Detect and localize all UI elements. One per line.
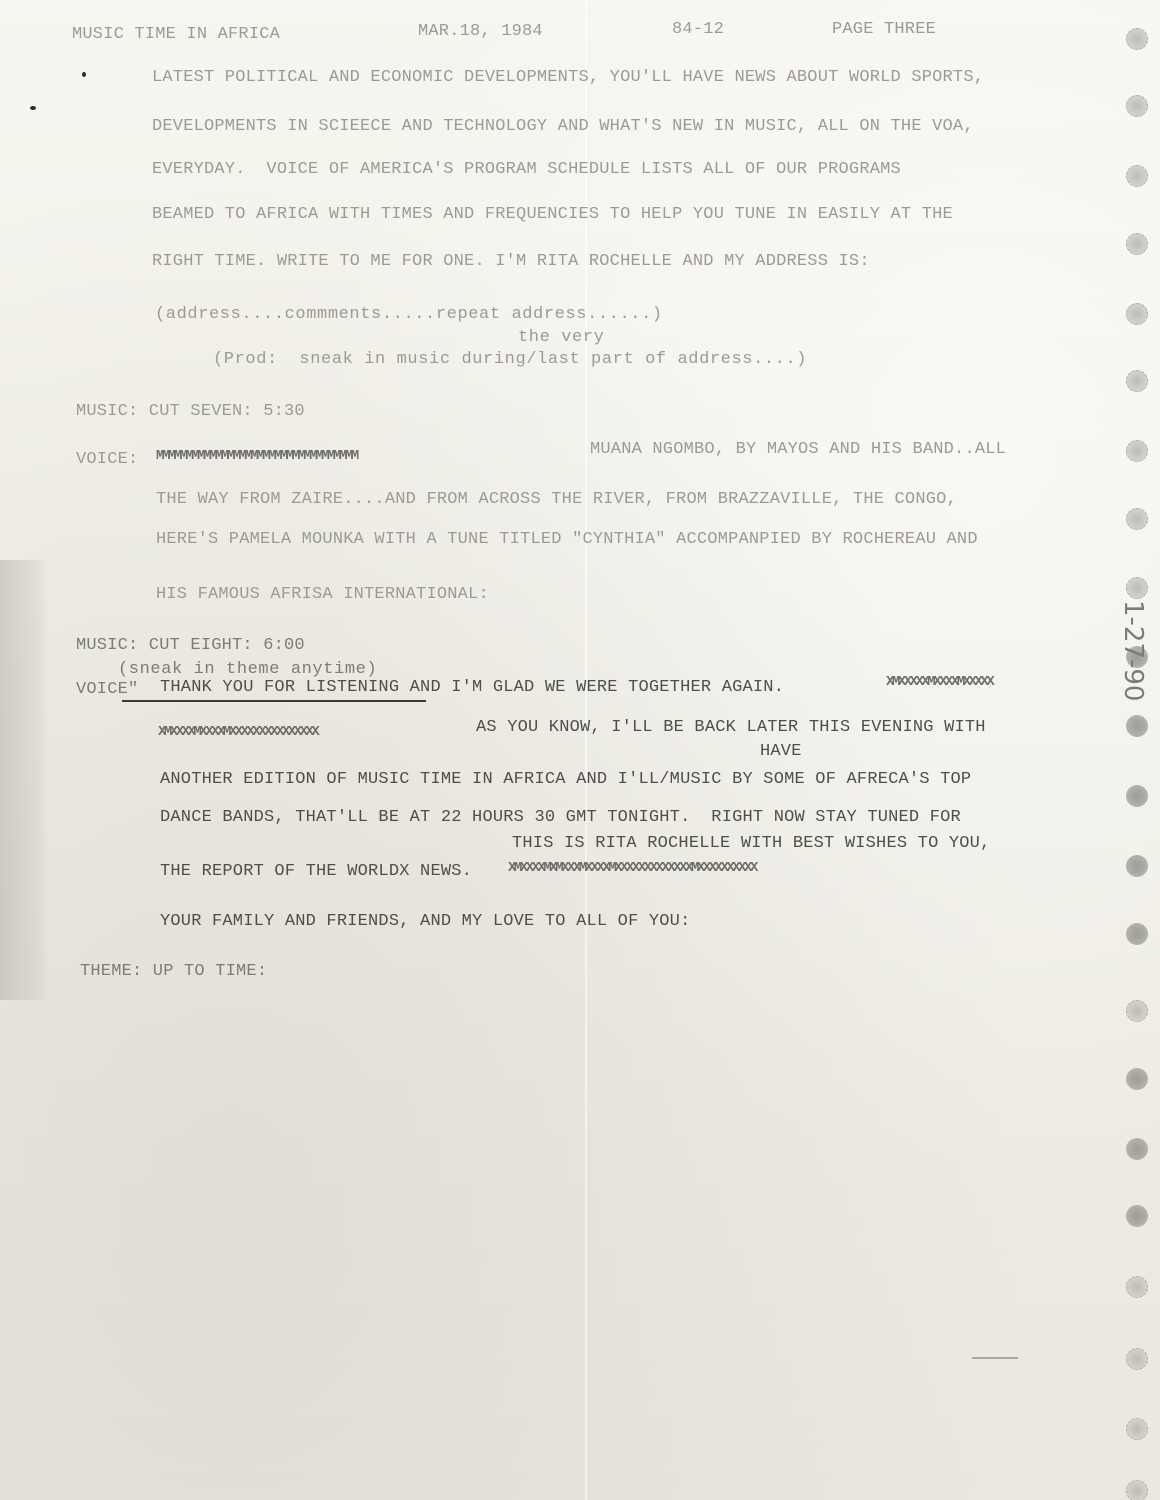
script-line: EVERYDAY. VOICE OF AMERICA'S PROGRAM SCH… — [152, 160, 901, 179]
theme-cue: THEME: UP TO TIME: — [80, 962, 267, 981]
script-line: DEVELOPMENTS IN SCIEECE AND TECHNOLOGY A… — [152, 117, 974, 136]
script-line: HIS FAMOUS AFRISA INTERNATIONAL: — [156, 585, 489, 604]
script-line: HERE'S PAMELA MOUNKA WITH A TUNE TITLED … — [156, 530, 978, 549]
scan-shadow — [0, 560, 48, 1000]
tractor-feed-hole — [1126, 715, 1148, 737]
tractor-feed-hole — [1126, 1138, 1148, 1160]
paper-fold — [585, 0, 587, 1500]
script-date: MAR.18, 1984 — [418, 22, 543, 41]
insertion-rita: THIS IS RITA ROCHELLE WITH BEST WISHES T… — [512, 834, 990, 853]
tractor-feed-hole — [1126, 1276, 1148, 1298]
tractor-feed-hole — [1126, 28, 1148, 50]
theme-note: (sneak in theme anytime) — [118, 660, 377, 679]
tractor-feed-hole — [1126, 1348, 1148, 1370]
struck-out-text: XMXXXXMXXXXMXXXXXXXXXXXXXXX — [158, 724, 317, 740]
script-line: DANCE BANDS, THAT'LL BE AT 22 HOURS 30 G… — [160, 808, 961, 827]
script-line: THANK YOU FOR LISTENING AND I'M GLAD WE … — [160, 678, 784, 697]
ink-speck — [30, 106, 36, 110]
tractor-feed-hole — [1126, 923, 1148, 945]
tractor-feed-hole — [1126, 370, 1148, 392]
insertion-the-very: the very — [518, 328, 604, 347]
tractor-feed-hole — [1126, 1068, 1148, 1090]
page-label: PAGE THREE — [832, 20, 936, 39]
tractor-feed-hole — [1126, 1000, 1148, 1022]
program-title: MUSIC TIME IN AFRICA — [72, 25, 280, 44]
tractor-feed-hole — [1126, 95, 1148, 117]
tractor-feed-hole — [1126, 440, 1148, 462]
tractor-feed-hole — [1126, 785, 1148, 807]
tractor-feed-hole — [1126, 1418, 1148, 1440]
voice-label: VOICE: — [76, 450, 138, 469]
script-line: ANOTHER EDITION OF MUSIC TIME IN AFRICA … — [160, 770, 971, 789]
paper-background — [0, 0, 1160, 1500]
script-line: BEAMED TO AFRICA WITH TIMES AND FREQUENC… — [152, 205, 953, 224]
margin-handwritten-date: 1-27-90 — [1118, 600, 1148, 701]
pencil-mark — [972, 1357, 1018, 1359]
struck-out-text: XMXXXXMXMXXXMXXXXMXXXXXXXXXXXXXMXXXXXXXX… — [508, 860, 756, 876]
tractor-feed-hole — [1126, 303, 1148, 325]
insertion-have: HAVE — [760, 742, 802, 761]
tractor-feed-hole — [1126, 1480, 1148, 1500]
script-line: THE WAY FROM ZAIRE....AND FROM ACROSS TH… — [156, 490, 957, 509]
script-line: RIGHT TIME. WRITE TO ME FOR ONE. I'M RIT… — [152, 252, 870, 271]
voice-label: VOICE" — [76, 680, 138, 699]
script-line: MUANA NGOMBO, BY MAYOS AND HIS BAND..ALL — [590, 440, 1006, 459]
tractor-feed-hole — [1126, 233, 1148, 255]
script-line: AS YOU KNOW, I'LL BE BACK LATER THIS EVE… — [476, 718, 986, 737]
tractor-feed-hole — [1126, 508, 1148, 530]
music-cue-cut-eight: MUSIC: CUT EIGHT: 6:00 — [76, 636, 305, 655]
script-line: THE REPORT OF THE WORLDX NEWS. — [160, 862, 472, 881]
struck-out-text: XMXXXXXMXXXXMXXXXX — [886, 674, 992, 690]
script-line: YOUR FAMILY AND FRIENDS, AND MY LOVE TO … — [160, 912, 691, 931]
program-number: 84-12 — [672, 20, 724, 39]
address-note: (address....commments.....repeat address… — [155, 305, 663, 324]
tractor-feed-hole — [1126, 855, 1148, 877]
producer-note: (Prod: sneak in music during/last part o… — [213, 350, 807, 369]
struck-out-text: MMMMMMMMMMMMMMMMMMMMMMMMMMMMMMMMMM — [156, 448, 357, 464]
tractor-feed-hole — [1126, 1205, 1148, 1227]
script-line: LATEST POLITICAL AND ECONOMIC DEVELOPMEN… — [152, 68, 984, 87]
music-cue-cut-seven: MUSIC: CUT SEVEN: 5:30 — [76, 402, 305, 421]
ink-speck — [82, 72, 86, 77]
tractor-feed-hole — [1126, 577, 1148, 599]
tractor-feed-hole — [1126, 165, 1148, 187]
handwritten-underline — [122, 700, 426, 702]
